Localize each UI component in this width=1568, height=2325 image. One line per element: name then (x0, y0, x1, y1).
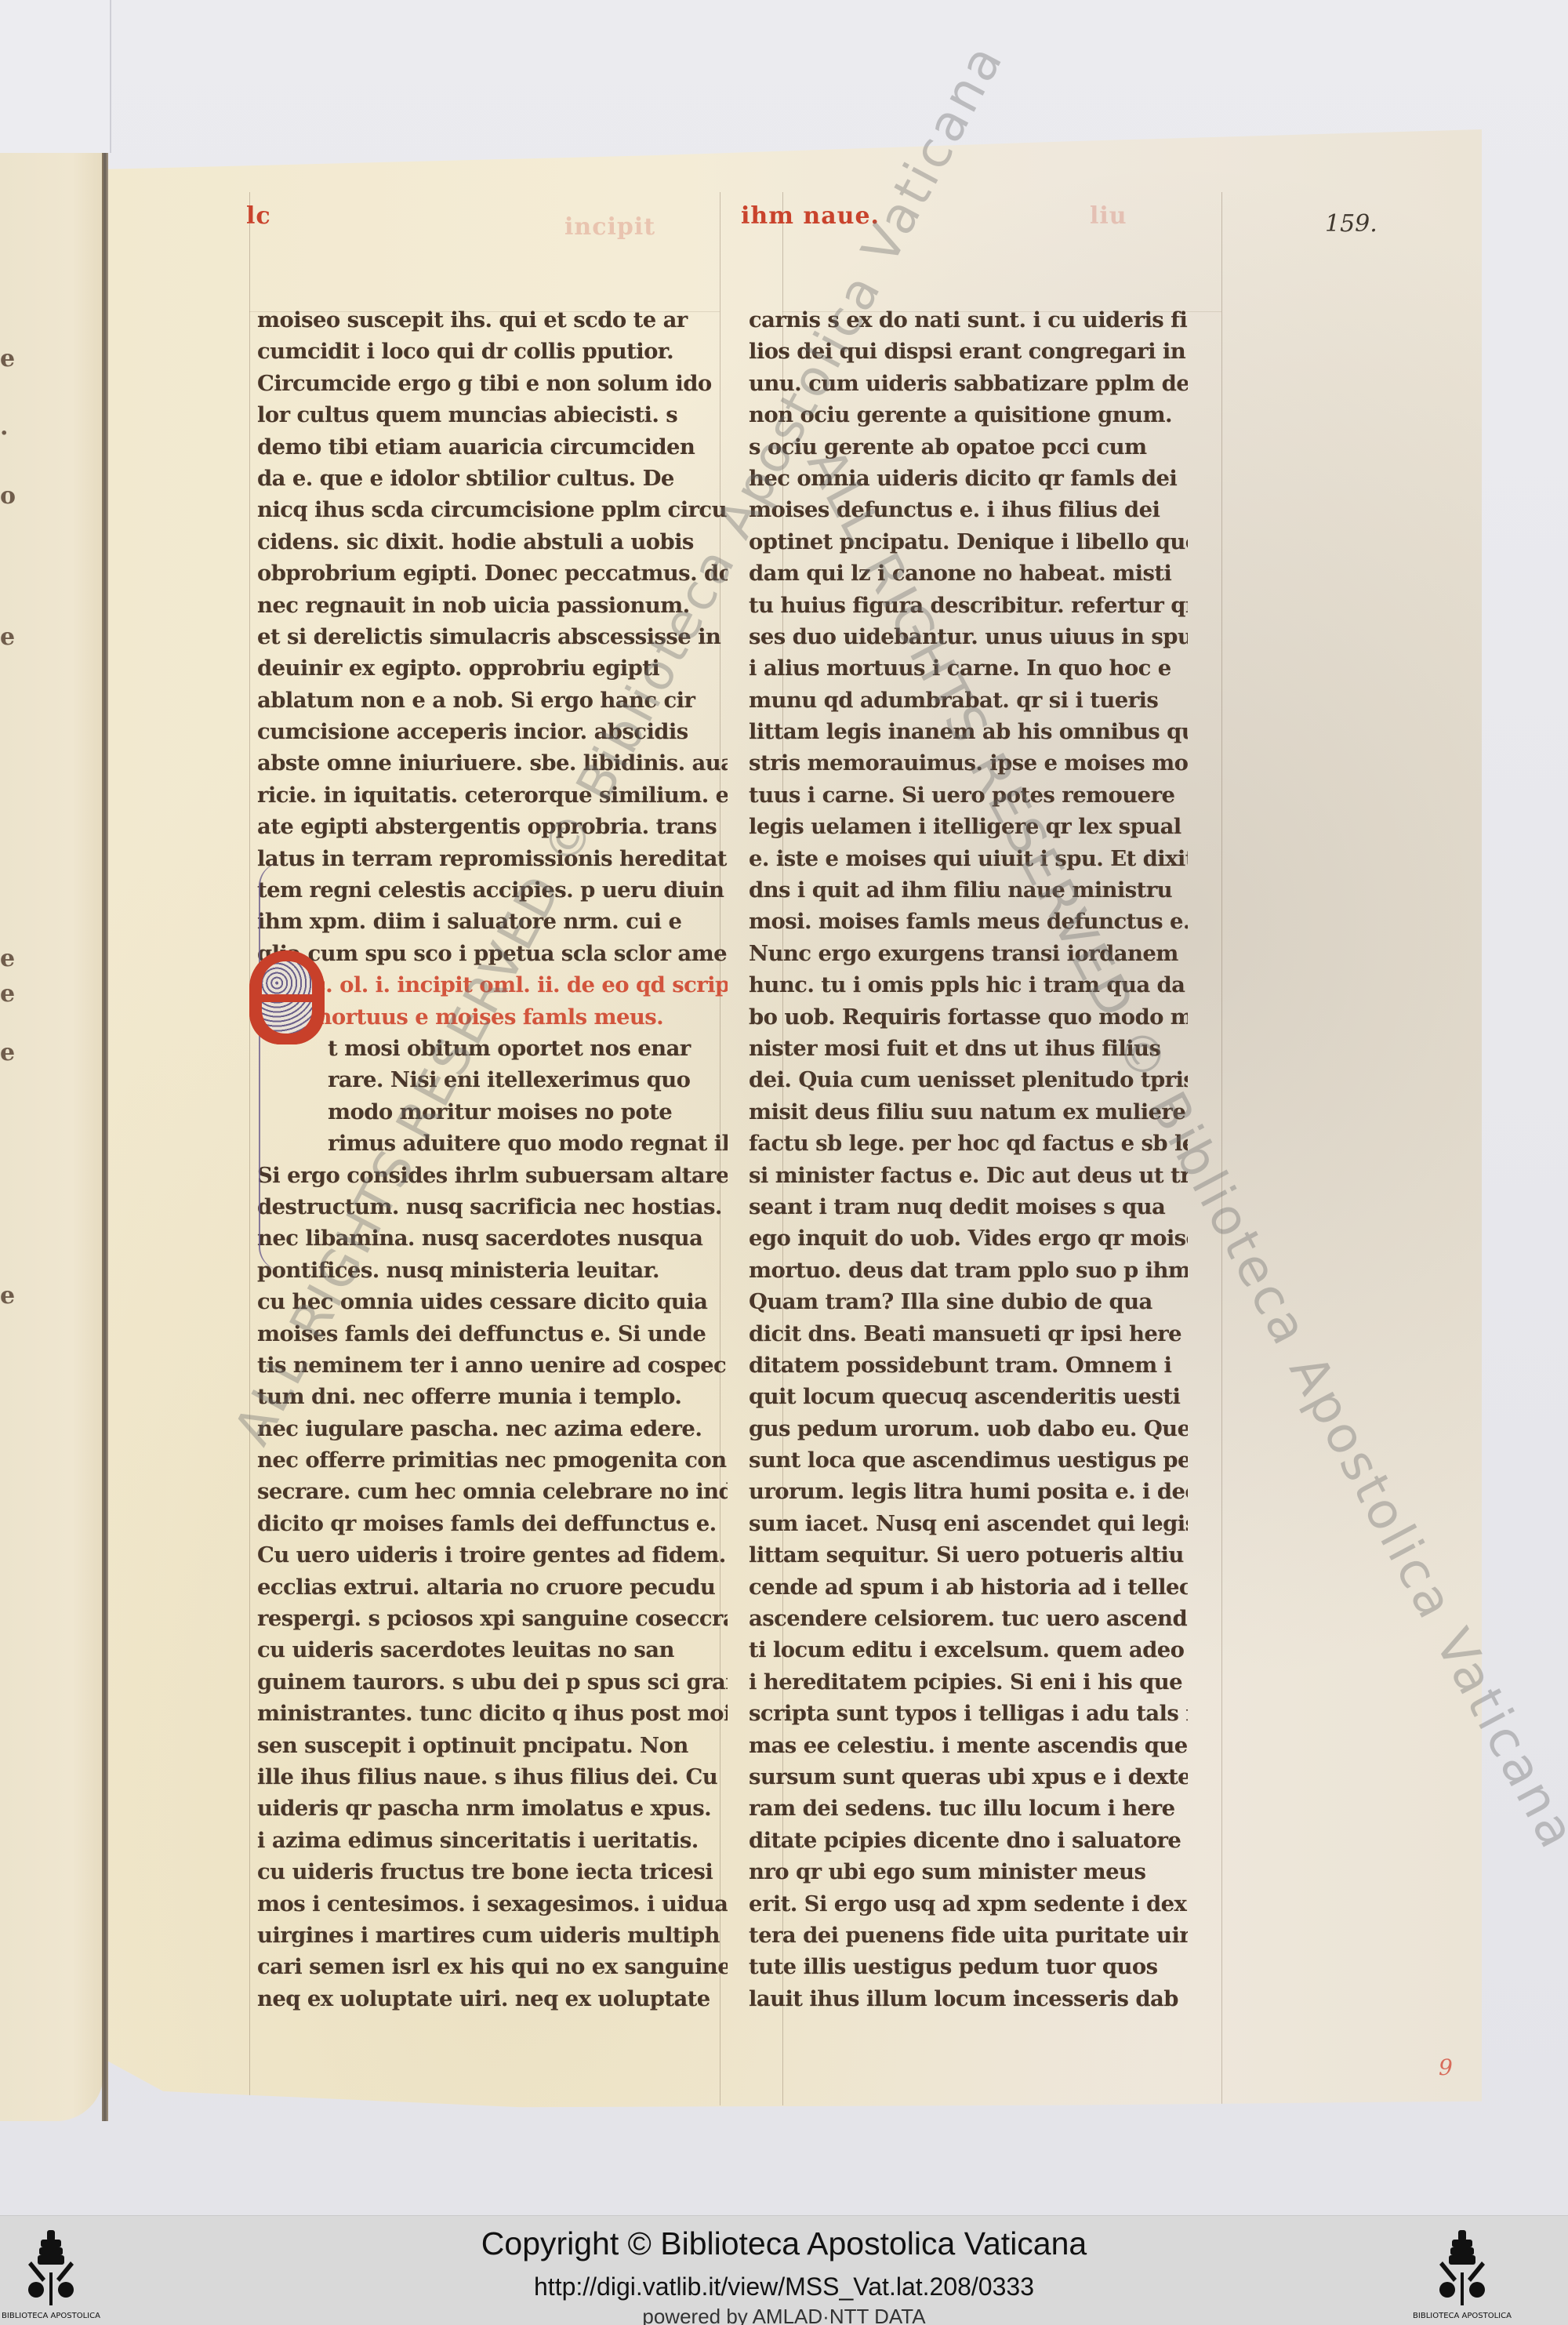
text-line: rimus aduitere quo modo regnat ihus. (257, 1128, 728, 1159)
text-line: ses duo uidebantur. unus uiuus in spu. (749, 621, 1188, 652)
text-line: cende ad spum i ab historia ad i tellect… (749, 1571, 1188, 1603)
previous-page-top-edge (0, 0, 111, 153)
text-line: mas ee celestiu. i mente ascendis que (749, 1730, 1188, 1761)
text-line: littam sequitur. Si uero potueris altiu … (749, 1539, 1188, 1571)
text-line: cari semen isrl ex his qui no ex sanguin… (257, 1951, 728, 1982)
text-line: tum dni. nec offerre munia i templo. (257, 1381, 728, 1412)
text-line: ate egipti abstergentis opprobria. trans (257, 811, 728, 842)
text-line: ditatem possidebunt tram. Omnem i (749, 1350, 1188, 1381)
svg-text:BIBLIOTECA APOSTOLICA: BIBLIOTECA APOSTOLICA (1413, 2312, 1512, 2320)
text-line: lauit ihus illum locum incesseris dab (749, 1983, 1188, 2014)
text-line: seant i tram nuq dedit moises s qua (749, 1191, 1188, 1222)
text-line: neq ex uoluptate uiri. neq ex uoluptate (257, 1983, 728, 2014)
text-line: demo tibi etiam auaricia circumciden (257, 431, 728, 463)
text-line: optinet pncipatu. Denique i libello quo (749, 526, 1188, 558)
ruling-line (249, 192, 250, 2105)
text-line: ille ihus filius naue. s ihus filius dei… (257, 1761, 728, 1793)
text-line: nec iugulare pascha. nec azima edere. (257, 1413, 728, 1444)
text-line: respergi. s pciosos xpi sanguine coseccr… (257, 1603, 728, 1634)
text-line: lor cultus quem muncias abiecisti. s (257, 399, 728, 430)
text-line: Si ergo consides ihrlm subuersam altare (257, 1160, 728, 1191)
previous-page-fragment: e · o e e e e e (0, 153, 103, 2121)
text-line: scripta sunt typos i telligas i adu tals… (749, 1698, 1188, 1729)
text-line: dam qui lz i canone no habeat. misti (749, 558, 1188, 589)
folio-number: 159. (1325, 210, 1377, 238)
text-line: dicito qr moises famls dei deffunctus e. (257, 1508, 728, 1539)
text-line: ti locum editu i excelsum. quem adeo (749, 1634, 1188, 1666)
text-line: i hereditatem pcipies. Si eni i his que (749, 1666, 1188, 1698)
text-line: dicit dns. Beati mansueti qr ipsi here (749, 1318, 1188, 1350)
text-line: ram dei sedens. tuc illu locum i here (749, 1793, 1188, 1824)
text-line: destructum. nusq sacrificia nec hostias. (257, 1191, 728, 1222)
text-line: sen suscepit i optinuit pncipatu. Non (257, 1730, 728, 1761)
text-line: moiseo suscepit ihs. qui et scdo te ar (257, 304, 728, 336)
text-line: Cu uero uideris i troire gentes ad fidem… (257, 1539, 728, 1571)
text-line: legis uelamen i itelligere qr lex spual (749, 811, 1188, 842)
text-line: gus pedum urorum. uob dabo eu. Que (749, 1413, 1188, 1444)
text-line: Circumcide ergo g tibi e non solum ido (257, 368, 728, 399)
binding-gutter (102, 153, 108, 2121)
text-line: quit locum quecuq ascenderitis uesti (749, 1381, 1188, 1412)
powered-by-text: powered by AMLAD·NTT DATA (0, 2305, 1568, 2325)
illuminated-initial (249, 950, 325, 1044)
text-line: uirgines i martires cum uideris multiph (257, 1920, 728, 1951)
text-line: cidens. sic dixit. hodie abstuli a uobis (257, 526, 728, 558)
text-line: guinem taurors. s ubu dei p spus sci gra… (257, 1666, 728, 1698)
text-line: tu huius figura describitur. refertur qr… (749, 590, 1188, 621)
text-line: factu sb lege. per hoc qd factus e sb le… (749, 1128, 1188, 1159)
copyright-notice: Copyright © Biblioteca Apostolica Vatica… (0, 2225, 1568, 2262)
text-line: erit. Si ergo usq ad xpm sedente i dex (749, 1888, 1188, 1920)
vatican-library-logo-icon: BIBLIOTECA APOSTOLICA (1411, 2224, 1513, 2323)
text-line: ministrantes. tunc dicito q ihus post mo… (257, 1698, 728, 1729)
text-line: abste omne iniuriuere. sbe. libidinis. a… (257, 747, 728, 779)
running-head-left: lc (246, 202, 271, 230)
text-line: ascendere celsiorem. tuc uero ascendis (749, 1603, 1188, 1634)
copyright-footer: BIBLIOTECA APOSTOLICA Copyright © Biblio… (0, 2215, 1568, 2325)
text-line: nro qr ubi ego sum minister meus (749, 1856, 1188, 1887)
text-line: misit deus filiu suu natum ex muliere (749, 1096, 1188, 1128)
text-line: ego inquit do uob. Vides ergo qr moise (749, 1222, 1188, 1254)
text-column-right: carnis s ex do nati sunt. i cu uideris f… (749, 304, 1188, 2014)
running-head-left-showthrough: incipit (564, 213, 655, 241)
text-line: rare. Nisi eni itellexerimus quo (257, 1064, 728, 1095)
text-column-left: moiseo suscepit ihs. qui et scdo te arcu… (257, 304, 728, 2014)
text-line: uideris qr pascha nrm imolatus e xpus. (257, 1793, 728, 1824)
text-line: ditate pcipies dicente dno i saluatore (749, 1825, 1188, 1856)
running-head-center: ihm naue. (741, 202, 880, 230)
text-line: si minister factus e. Dic aut deus ut tr… (749, 1160, 1188, 1191)
text-line: urorum. legis litra humi posita e. i deo… (749, 1476, 1188, 1507)
text-line: e. iste e moises qui uiuit i spu. Et dix… (749, 843, 1188, 874)
text-line: secrare. cum hec omnia celebrare no inde… (257, 1476, 728, 1507)
text-line: tem regni celestis accipies. p ueru diui… (257, 874, 728, 906)
manuscript-scan: e · o e e e e e lc incipit ihm naue. liu… (0, 0, 1568, 2215)
pencil-shelf-mark: 9 (1439, 2054, 1453, 2080)
text-line: latus in terram repromissionis hereditat… (257, 843, 728, 874)
text-line: da e. que e idolor sbtilior cultus. De (257, 463, 728, 494)
text-line: tute illis uestigus pedum tuor quos (749, 1951, 1188, 1982)
text-line: cu uideris fructus tre bone iecta trices… (257, 1856, 728, 1887)
text-line: i azima edimus sinceritatis i ueritatis. (257, 1825, 728, 1856)
pen-flourish-decoration (259, 863, 284, 1270)
text-line: mortuo. deus dat tram pplo suo p ihm. (749, 1255, 1188, 1286)
text-line: ricie. in iquitatis. ceterorque similium… (257, 779, 728, 811)
manuscript-url-link[interactable]: http://digi.vatlib.it/view/MSS_Vat.lat.2… (0, 2272, 1568, 2301)
text-line: cumcidit i loco qui dr collis pputior. (257, 336, 728, 367)
text-line: dns i quit ad ihm filiu naue ministru (749, 874, 1188, 906)
text-line: sursum sunt queras ubi xpus e i dexte (749, 1761, 1188, 1793)
text-line: cu uideris sacerdotes leuitas no san (257, 1634, 728, 1666)
running-head-right-showthrough: liu (1090, 202, 1127, 230)
text-line: mosi. moises famls meus defunctus e. (749, 906, 1188, 937)
text-line: Quam tram? Illa sine dubio de qua (749, 1286, 1188, 1317)
text-line: sum iacet. Nusq eni ascendet qui legis (749, 1508, 1188, 1539)
text-line: modo moritur moises no pote (257, 1096, 728, 1128)
text-line: sunt loca que ascendimus uestigus pedu (749, 1444, 1188, 1476)
text-line: tera dei puenens fide uita puritate uir (749, 1920, 1188, 1951)
text-line: obprobrium egipti. Donec peccatmus. do (257, 558, 728, 589)
text-line: nicq ihus scda circumcisione pplm circu (257, 494, 728, 525)
text-line: mos i centesimos. i sexagesimos. i uidua… (257, 1888, 728, 1920)
text-line: ecclias extrui. altaria no cruore pecudu (257, 1571, 728, 1603)
text-line: nec offerre primitias nec pmogenita con (257, 1444, 728, 1476)
